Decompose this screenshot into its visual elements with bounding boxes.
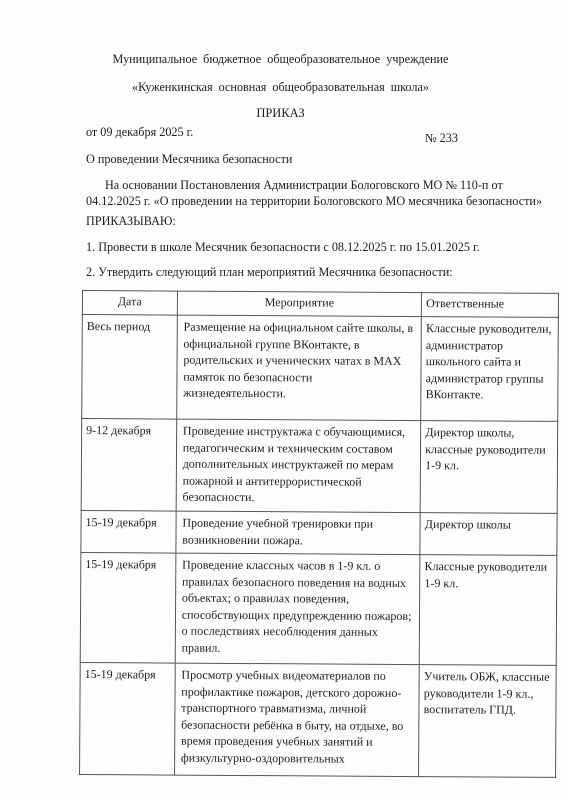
row-date: 15-19 декабря [81,510,176,553]
header-activity: Мероприятие [177,291,422,316]
table-row: 15-19 декабря Проведение классных часов … [80,552,557,665]
row-activity: Проведение учебной тренировки при возник… [176,511,421,554]
row-responsible: Классные руководители, администратор шко… [421,317,558,422]
order-number: № 233 [425,131,458,146]
row-activity: Проведение инструктажа с обучающимися, п… [176,419,421,512]
order-item-1: 1. Провести в школе Месячник безопасност… [86,240,480,255]
header-responsible: Ответственные [422,293,559,318]
org-name-line2: «Куженкинская основная общеобразовательн… [0,80,561,95]
table-row: 15-19 декабря Просмотр учебных видеомате… [80,662,557,777]
basis-line2: 04.12.2025 г. «О проведении на территори… [86,194,542,209]
table-row: Весь период Размещение на официальном са… [82,315,559,422]
row-date: 15-19 декабря [80,662,175,775]
row-activity: Просмотр учебных видеоматериалов по проф… [174,663,419,776]
row-responsible: Учитель ОБЖ, классные руководители 1-9 к… [419,665,556,778]
row-activity: Проведение классных часов в 1-9 кл. о пр… [175,553,420,664]
row-responsible: Директор школы [420,513,557,556]
org-name-line1: Муниципальное бюджетное общеобразователь… [0,52,561,67]
order-date: от 09 декабря 2025 г. [86,125,193,140]
basis-line1: На основании Постановления Администрации… [105,178,503,193]
table-header-row: Дата Мероприятие Ответственные [82,291,558,318]
activity-plan-table: Дата Мероприятие Ответственные Весь пери… [79,290,559,778]
order-item-2: 2. Утвердить следующий план мероприятий … [86,265,453,280]
document-type: ПРИКАЗ [0,106,561,121]
order-word: ПРИКАЗЫВАЮ: [86,214,176,229]
row-date: 15-19 декабря [80,552,175,663]
table-row: 9-12 декабря Проведение инструктажа с об… [81,419,558,514]
row-date: 9-12 декабря [81,419,176,512]
document-page: Муниципальное бюджетное общеобразователь… [0,0,561,800]
row-date: Весь период [82,315,177,420]
header-date: Дата [82,291,177,316]
row-responsible: Директор школы, классные руководители 1-… [420,421,557,514]
table-row: 15-19 декабря Проведение учебной трениро… [81,510,557,555]
order-subject: О проведении Месячника безопасности [86,152,292,167]
row-activity: Размещение на официальном сайте школы, в… [176,315,421,420]
row-responsible: Классные руководители 1-9 кл. [419,555,556,666]
